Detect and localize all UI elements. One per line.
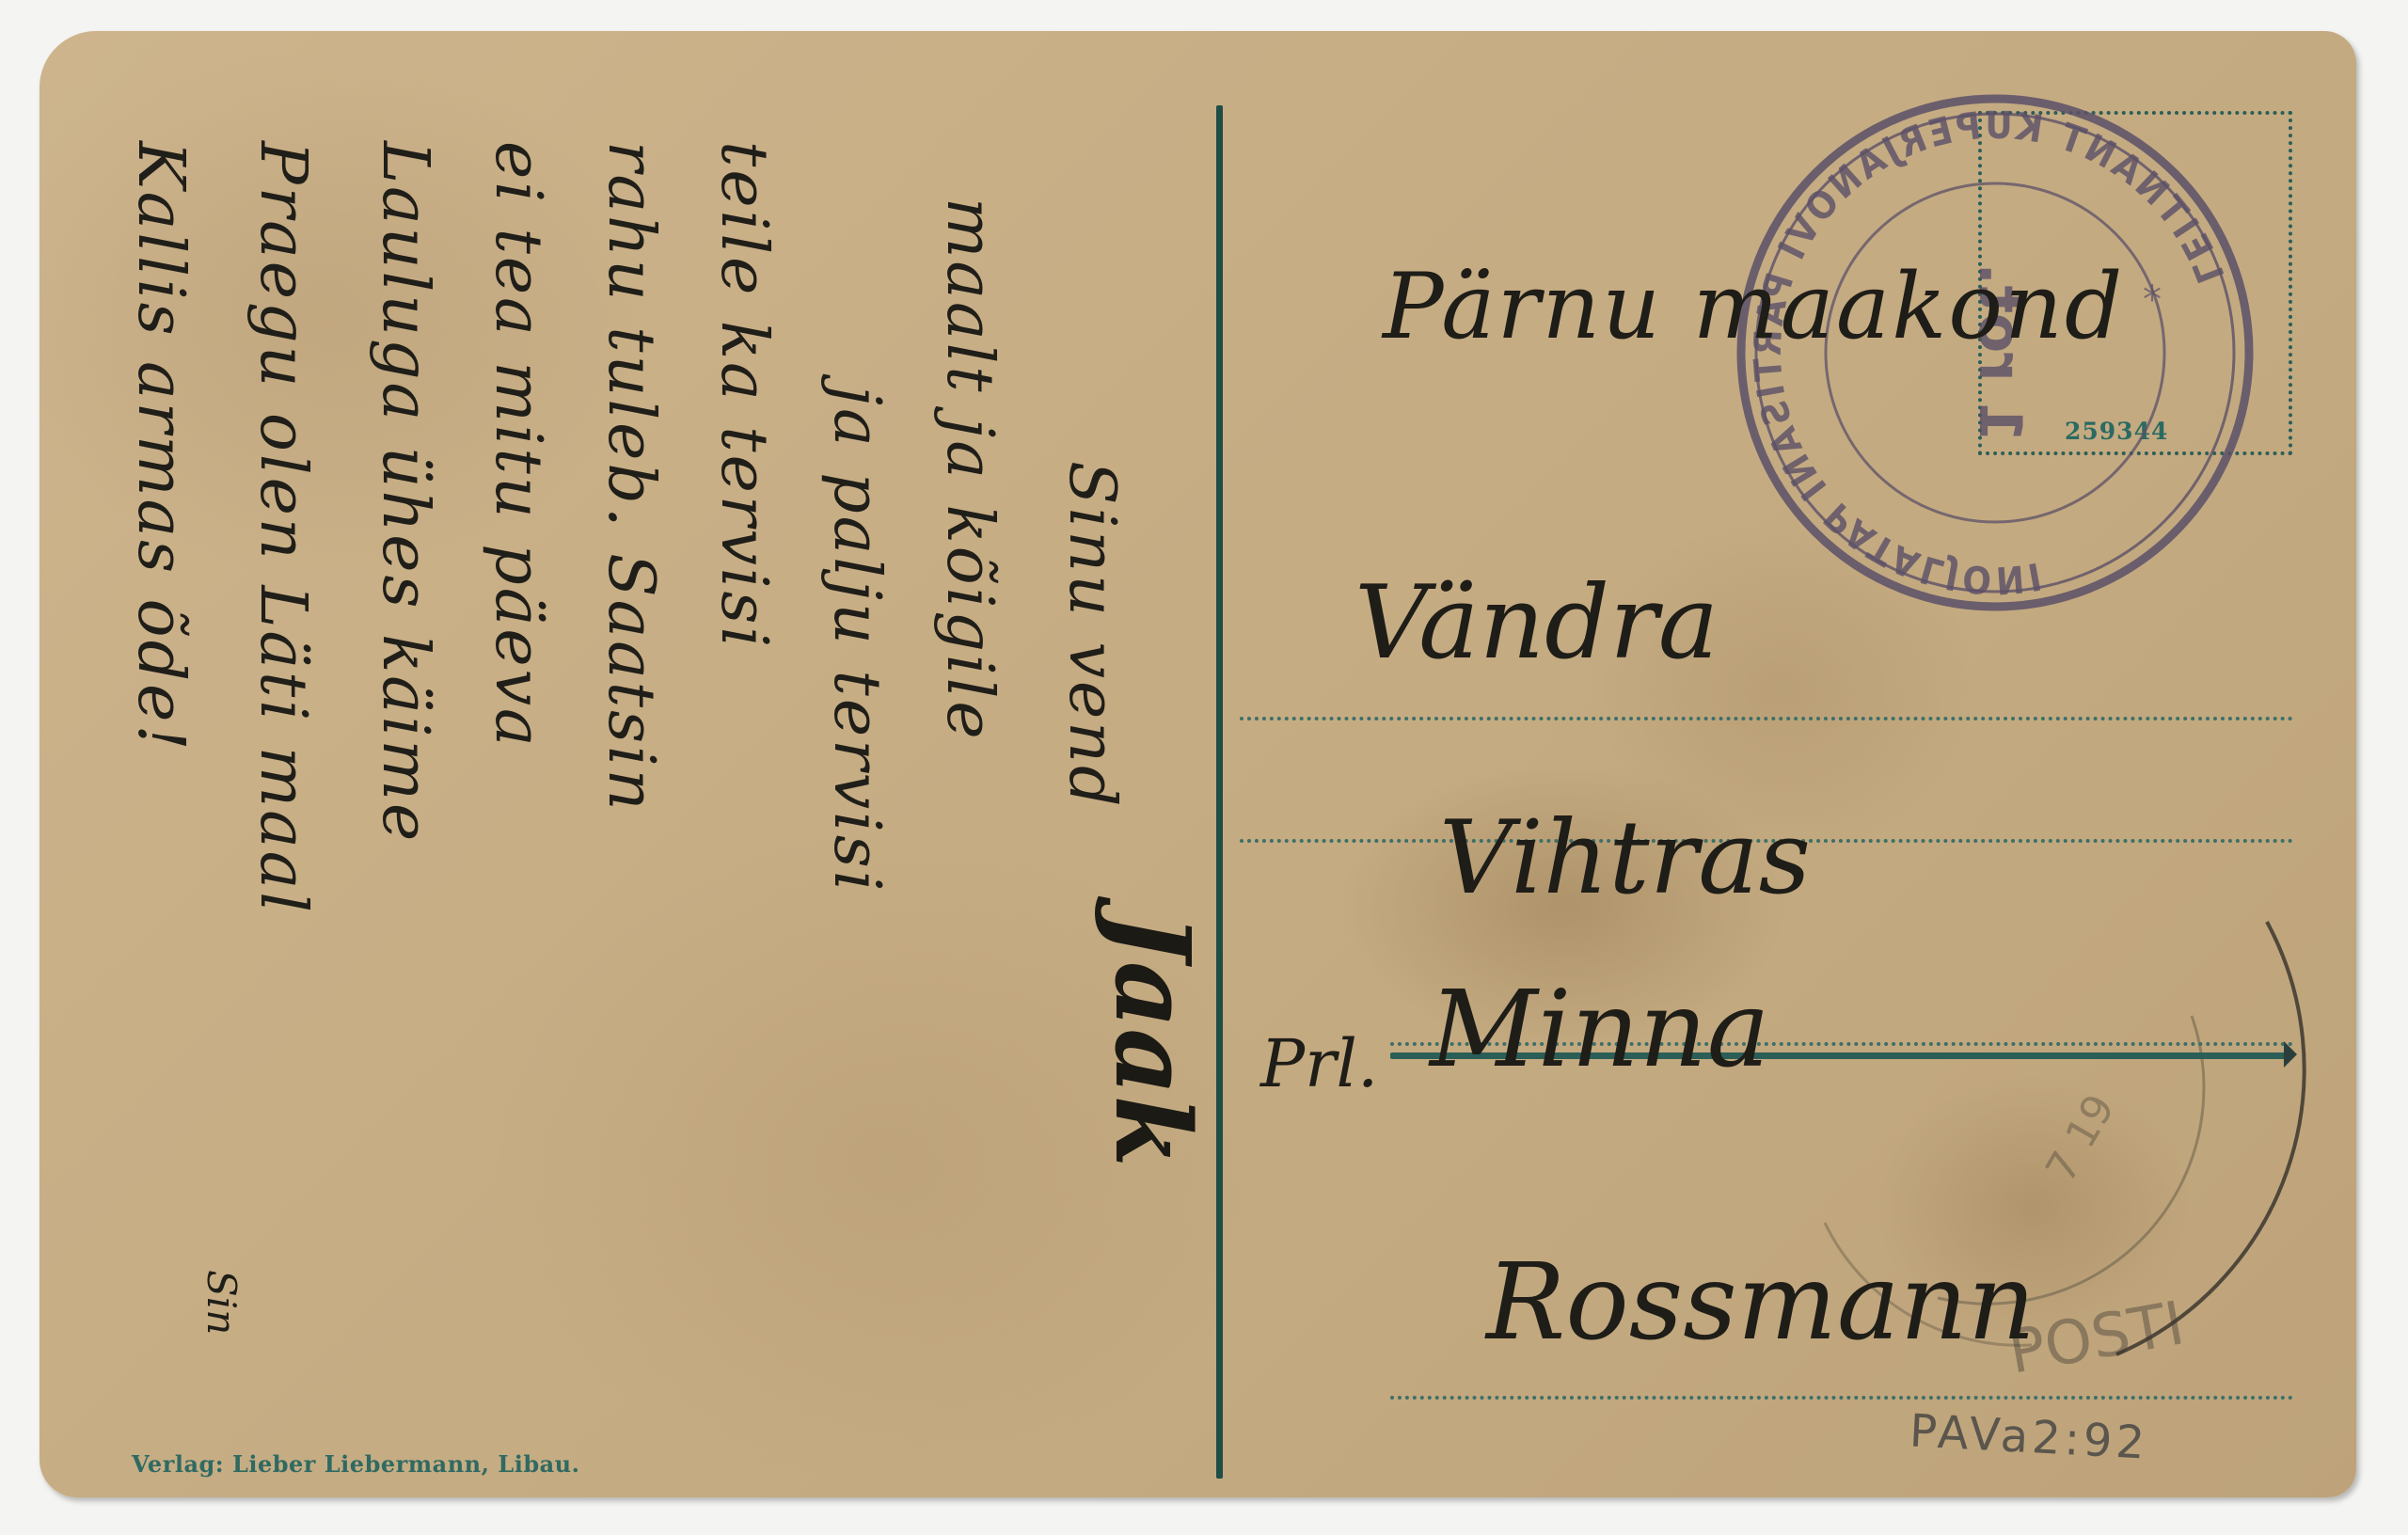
message-line: Lauluga ühes käime — [368, 141, 442, 844]
message-line: Praegu olen Läti maal — [246, 141, 320, 915]
message-line: teile ka tervisi — [706, 141, 781, 650]
message-line: maalt ja kõigile — [932, 198, 1006, 742]
message-line: rahu tuleb. Saatsin — [594, 141, 668, 814]
message-opening-note: Sin — [198, 1270, 245, 1335]
address-county: Pärnu maakond — [1383, 254, 2124, 359]
handwritten-message: Kallis armas õde! Praegu olen Läti maal … — [85, 103, 1195, 1439]
svg-text:*: * — [2143, 278, 2162, 322]
address-line — [1390, 1396, 2293, 1400]
message-line: Kallis armas õde! — [123, 141, 198, 753]
message-line: ja palju tervisi — [819, 386, 894, 894]
address-parish: Vändra — [1354, 564, 1719, 682]
message-line: ei tea mitu päeva — [481, 141, 555, 750]
publisher-imprint: Verlag: Lieber Liebermann, Libau. — [132, 1450, 579, 1478]
recipient-first-name: Minna — [1430, 969, 1770, 1091]
svg-text:7 19: 7 19 — [2036, 1086, 2124, 1190]
address-village: Vihtras — [1439, 799, 1811, 917]
recipient-prefix: Prl. — [1260, 1025, 1378, 1102]
center-divider — [1216, 105, 1223, 1479]
message-closing: Sinu vend — [1054, 461, 1129, 810]
address-line — [1240, 717, 2293, 720]
arrow-icon — [2284, 1041, 2297, 1068]
recipient-last-name: Rossmann — [1486, 1242, 2036, 1364]
signature: Jaak — [1092, 912, 1213, 1167]
